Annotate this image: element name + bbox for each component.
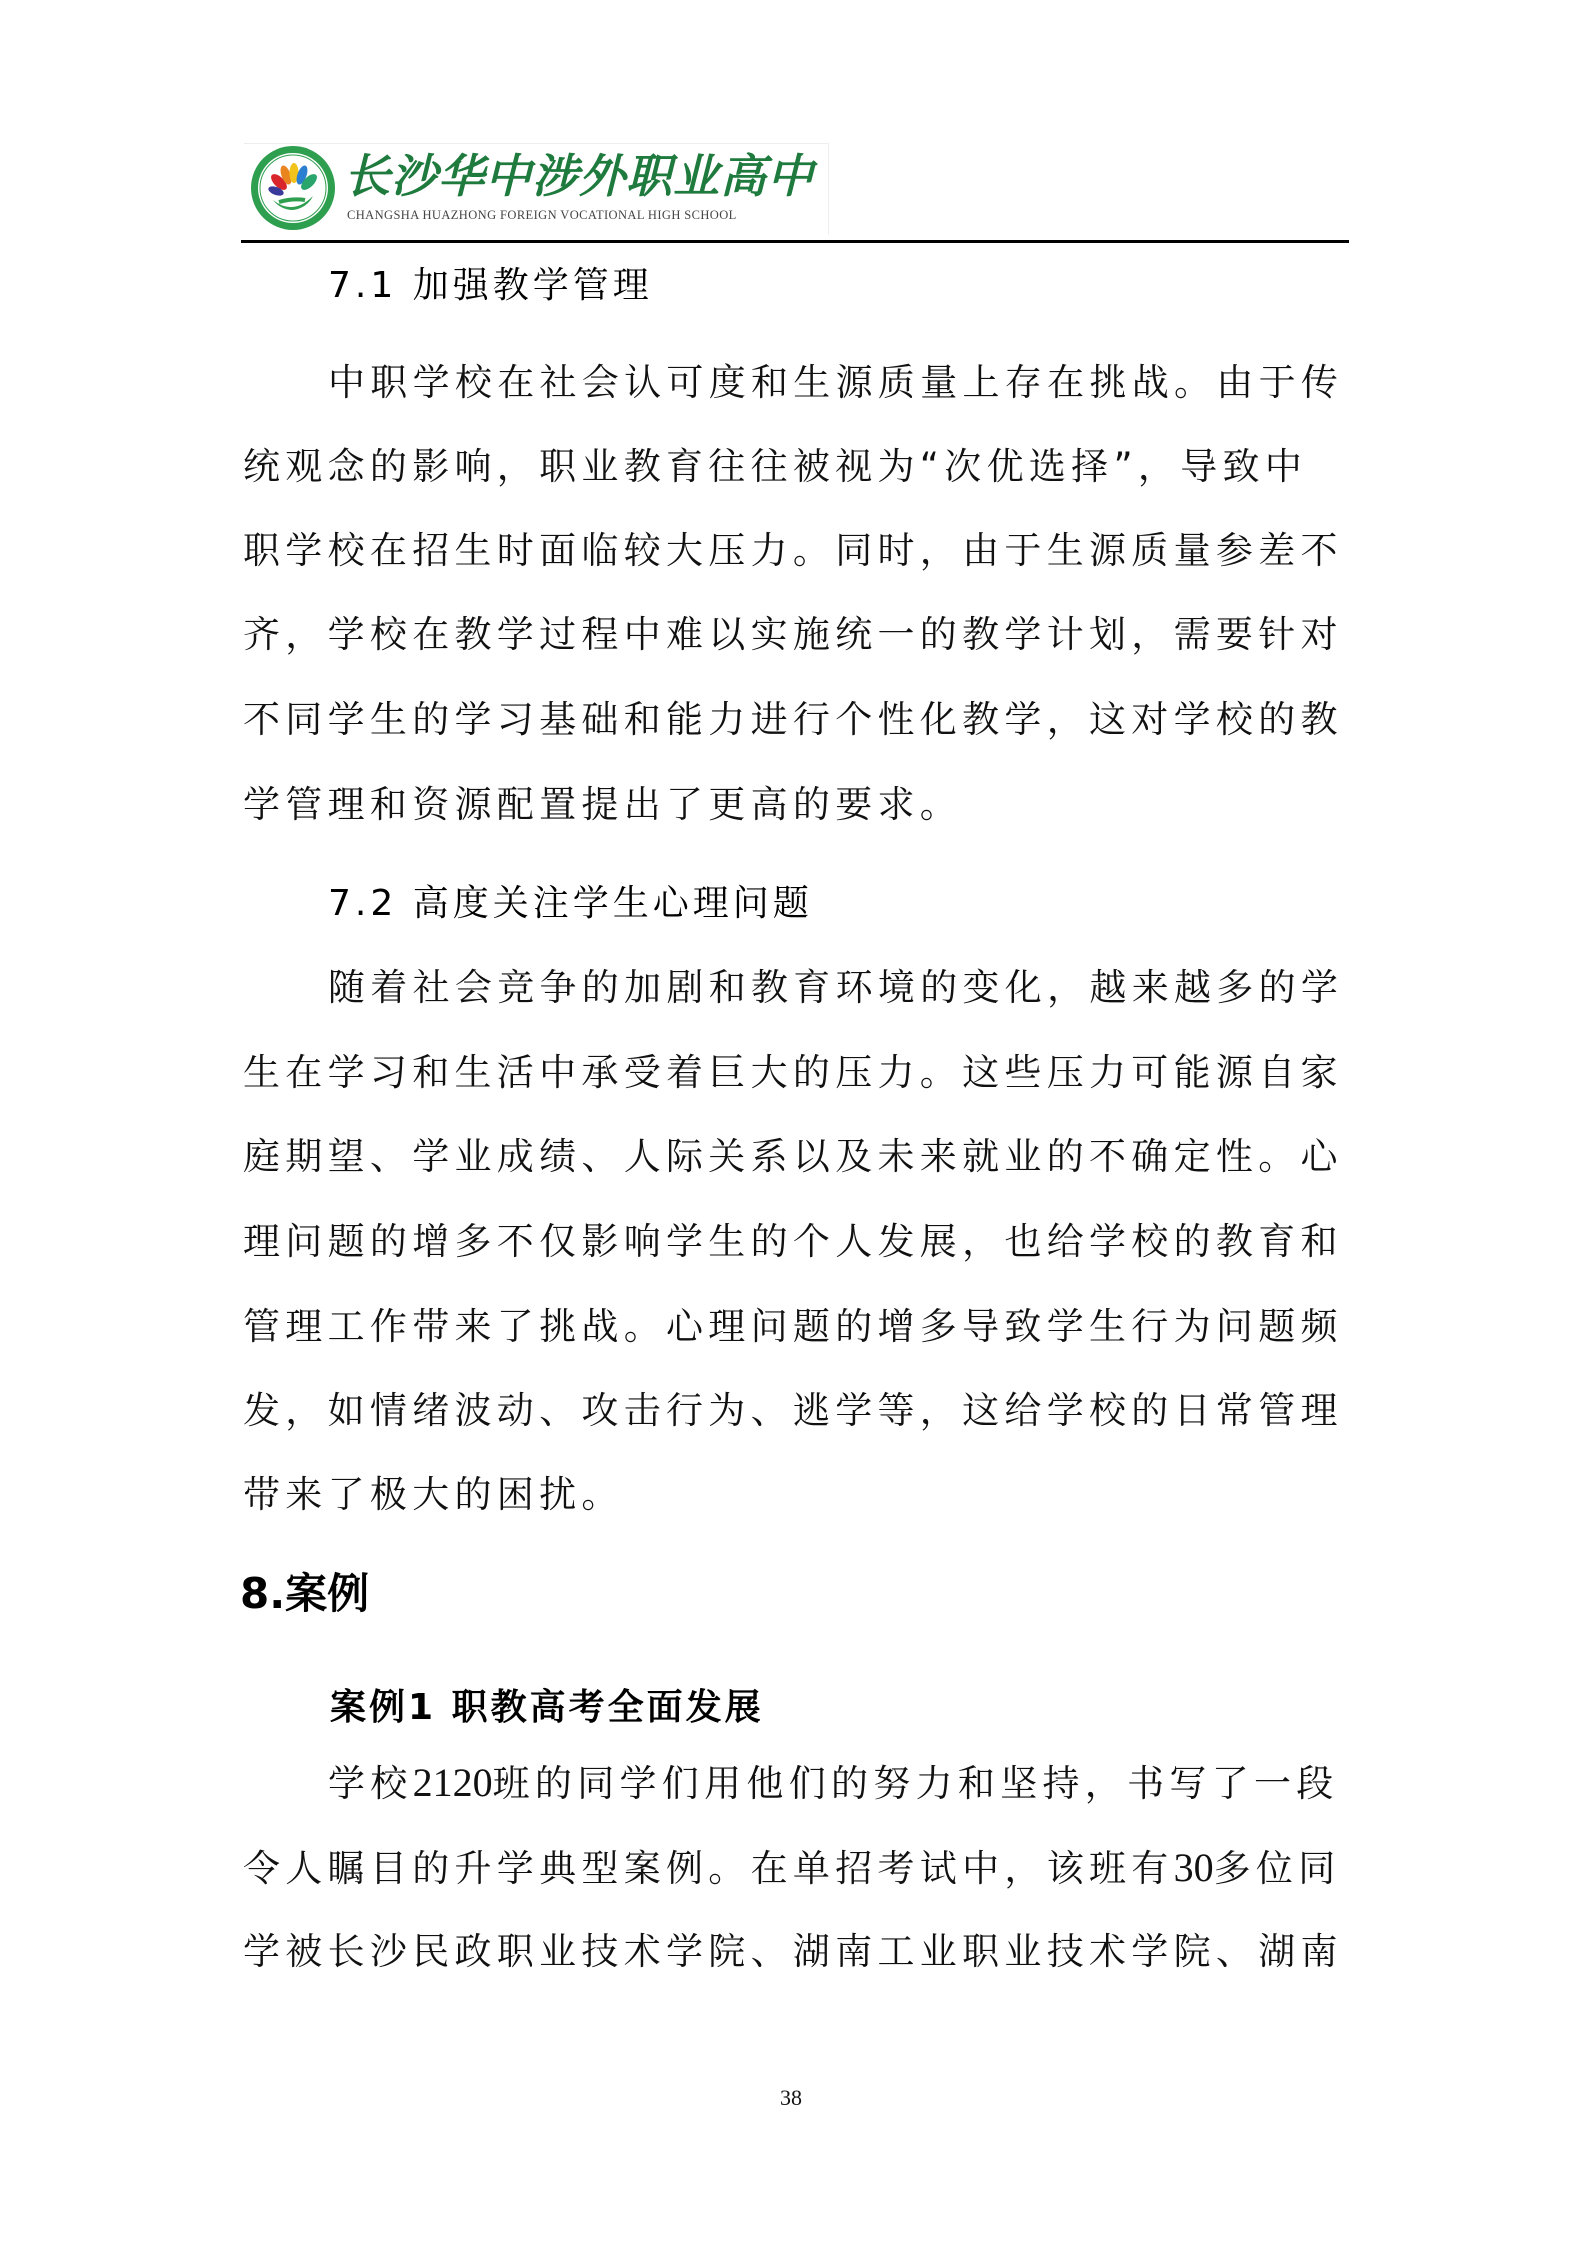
paragraph-line: 学被长沙民政职业技术学院、湖南工业职业技术学院、湖南 (243, 1931, 1363, 1973)
school-header-logo: 长沙华中涉外职业高中 CHANGSHA HUAZHONG FOREIGN VOC… (244, 143, 829, 235)
text-segment: 班的同学们用他们的努力和坚持，书写了一段 (493, 1762, 1339, 1805)
school-name-chinese: 长沙华中涉外职业高中 (344, 150, 814, 202)
document-page: 长沙华中涉外职业高中 CHANGSHA HUAZHONG FOREIGN VOC… (0, 0, 1587, 2245)
text-segment: 学校 (328, 1762, 413, 1805)
section-heading-7-1: 7.1 加强教学管理 (328, 266, 653, 306)
paragraph-line: 学管理和资源配置提出了更高的要求。 (243, 784, 1363, 826)
case-heading-1: 案例1 职教高考全面发展 (330, 1688, 764, 1728)
class-number: 2120 (413, 1760, 493, 1805)
paragraph-line: 中职学校在社会认可度和生源质量上存在挑战。由于传 (328, 362, 1448, 404)
chapter-heading-8: 8.案例 (240, 1571, 369, 1617)
page-number: 38 (780, 2086, 802, 2110)
paragraph-line: 不同学生的学习基础和能力进行个性化教学，这对学校的教 (243, 699, 1363, 741)
paragraph-line: 理问题的增多不仅影响学生的个人发展，也给学校的教育和 (243, 1221, 1363, 1263)
paragraph-line: 统观念的影响，职业教育往往被视为“次优选择”，导致中 (243, 446, 1363, 488)
paragraph-line: 职学校在招生时面临较大压力。同时，由于生源质量参差不 (243, 530, 1363, 572)
paragraph-line: 管理工作带来了挑战。心理问题的增多导致学生行为问题频 (243, 1306, 1363, 1348)
header-divider (241, 240, 1349, 243)
paragraph-line: 带来了极大的困扰。 (243, 1474, 1363, 1516)
paragraph-line: 令人瞩目的升学典型案例。在单招考试中，该班有30多位同 (243, 1847, 1363, 1890)
text-segment: 令人瞩目的升学典型案例。在单招考试中，该班有 (243, 1847, 1174, 1890)
section-heading-7-2: 7.2 高度关注学生心理问题 (328, 884, 813, 924)
paragraph-line: 发，如情绪波动、攻击行为、逃学等，这给学校的日常管理 (243, 1390, 1363, 1432)
paragraph-line: 庭期望、学业成绩、人际关系以及未来就业的不确定性。心 (243, 1136, 1363, 1178)
student-count: 30 (1174, 1845, 1214, 1890)
paragraph-line: 生在学习和生活中承受着巨大的压力。这些压力可能源自家 (243, 1052, 1363, 1094)
text-segment: 多位同 (1214, 1847, 1341, 1890)
paragraph-line: 齐，学校在教学过程中难以实施统一的教学计划，需要针对 (243, 614, 1363, 656)
paragraph-line: 随着社会竞争的加剧和教育环境的变化，越来越多的学 (328, 967, 1448, 1009)
school-name-english: CHANGSHA HUAZHONG FOREIGN VOCATIONAL HIG… (347, 208, 737, 222)
school-emblem-icon (249, 144, 337, 232)
paragraph-line: 学校2120班的同学们用他们的努力和坚持，书写了一段 (328, 1762, 1448, 1805)
text-segment: 学被长沙民政职业技术学院、湖南工业职业技术学院、湖南 (243, 1930, 1343, 1973)
